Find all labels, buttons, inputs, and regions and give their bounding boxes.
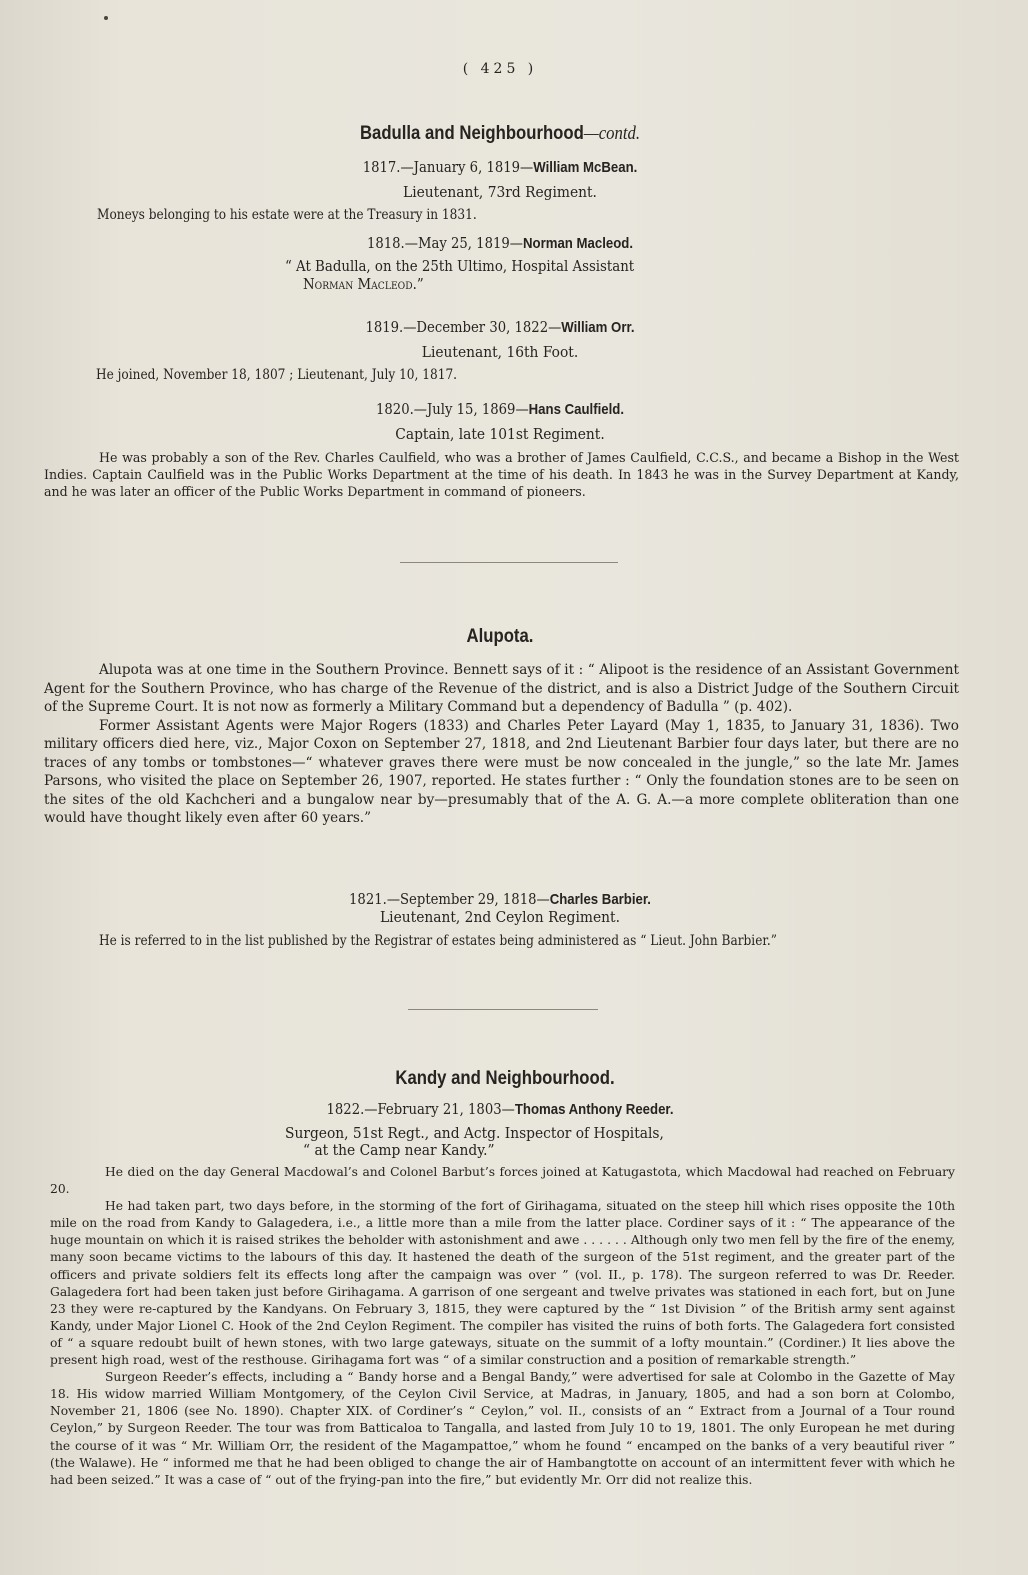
entry-dates: 1817.—January 6, 1819— [363, 158, 534, 176]
entry-dates: 1822.—February 21, 1803— [327, 1100, 515, 1118]
entry-note: He is referred to in the list published … [99, 933, 777, 949]
entry-note: He joined, November 18, 1807 ; Lieutenan… [96, 367, 457, 383]
paragraph-text: Former Assistant Agents were Major Roger… [44, 717, 959, 828]
entry-rank: Lieutenant, 73rd Regiment. [40, 183, 960, 201]
entry-name: William McBean. [533, 159, 637, 176]
entry-rank: “ at the Camp near Kandy.” [303, 1141, 495, 1159]
entry-name: Hans Caulfield. [529, 401, 624, 418]
paragraph-text: He was probably a son of the Rev. Charle… [44, 449, 959, 501]
entry-rank: Surgeon, 51st Regt., and Actg. Inspector… [285, 1124, 664, 1142]
entry-rank: Lieutenant, 2nd Ceylon Regiment. [40, 908, 960, 926]
ink-speck [104, 16, 108, 20]
book-page: ( 425 ) Badulla and Neighbourhood—contd.… [0, 0, 1028, 1575]
entry-name: Thomas Anthony Reeder. [515, 1101, 674, 1118]
section-title-kandy: Kandy and Neighbourhood. [61, 1068, 950, 1090]
entry-name: William Orr. [561, 319, 634, 336]
section-title-suffix: —contd. [584, 123, 640, 144]
entry-quote-line: Norman Macleod.” [303, 276, 424, 295]
entry-note: Moneys belonging to his estate were at t… [97, 207, 477, 223]
section-body: Alupota was at one time in the Southern … [44, 661, 959, 828]
section-divider [408, 1009, 598, 1010]
section-title-text: Badulla and Neighbourhood [360, 123, 584, 144]
entry-dates: 1820.—July 15, 1869— [376, 400, 529, 418]
entry-head-1821: 1821.—September 29, 1818—Charles Barbier… [60, 890, 940, 908]
entry-name: Charles Barbier. [550, 891, 651, 908]
paragraph-text: He had taken part, two days before, in t… [50, 1198, 955, 1369]
paragraph-text: Alupota was at one time in the Southern … [44, 661, 959, 717]
entry-rank: Captain, late 101st Regiment. [40, 425, 960, 443]
entry-head-1822: 1822.—February 21, 1803—Thomas Anthony R… [60, 1100, 940, 1118]
paragraph-text: He died on the day General Macdowal’s an… [50, 1164, 955, 1198]
entry-head-1817: 1817.—January 6, 1819—William McBean. [60, 158, 940, 176]
entry-rank: Lieutenant, 16th Foot. [40, 343, 960, 361]
entry-dates: 1821.—September 29, 1818— [349, 890, 550, 908]
section-divider [400, 562, 618, 563]
section-body: He died on the day General Macdowal’s an… [50, 1164, 955, 1489]
entry-head-1819: 1819.—December 30, 1822—William Orr. [60, 318, 940, 336]
entry-name: Norman Macleod. [523, 235, 633, 252]
section-title-badulla: Badulla and Neighbourhood—contd. [60, 123, 940, 145]
entry-head-1818: 1818.—May 25, 1819—Norman Macleod. [60, 234, 940, 252]
page-number: ( 425 ) [0, 61, 1000, 77]
entry-quote-line: “ At Badulla, on the 25th Ultimo, Hospit… [285, 258, 634, 277]
entry-dates: 1818.—May 25, 1819— [367, 234, 523, 252]
paragraph-text: Surgeon Reeder’s effects, including a “ … [50, 1369, 955, 1489]
section-title-alupota: Alupota. [60, 626, 940, 648]
entry-head-1820: 1820.—July 15, 1869—Hans Caulfield. [60, 400, 940, 418]
entry-dates: 1819.—December 30, 1822— [365, 318, 561, 336]
entry-paragraph: He was probably a son of the Rev. Charle… [44, 449, 959, 501]
